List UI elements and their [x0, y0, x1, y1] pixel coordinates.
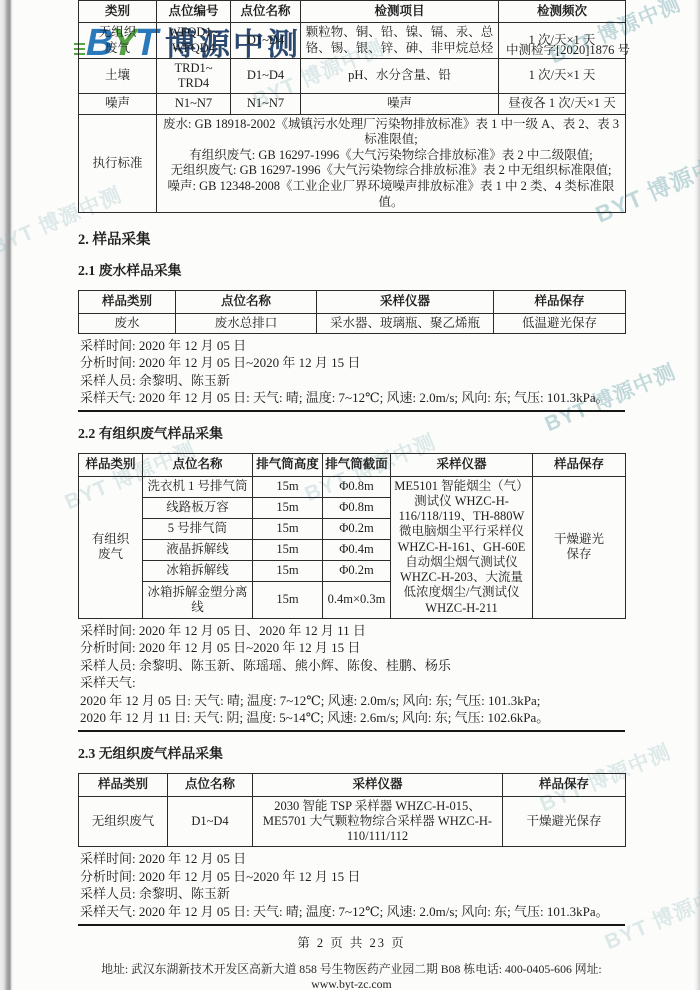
table-header-row: 样品类别 点位名称 采样仪器 样品保存: [79, 774, 626, 796]
exec-standard-line: 废水: GB 18918-2002《城镇污水处理厂污染物排放标准》表 1 中一级…: [160, 117, 622, 148]
stack-height-cell: 15m: [253, 518, 323, 539]
col-header: 样品类别: [79, 454, 143, 476]
info-line: 采样时间: 2020 年 12 月 05 日: [78, 850, 625, 867]
point-name-cell: D1~D4: [168, 796, 253, 847]
scan-edge-right: [694, 0, 700, 990]
table-row: 无组织废气 WFQD1~ WFQD4 D1~D4 颗粒物、铜、铅、镍、镉、汞、总…: [79, 23, 626, 59]
point-name-cell: 液晶拆解线: [143, 539, 253, 560]
storage-cell: 低温避光保存: [494, 313, 626, 333]
col-header: 排气筒截面: [323, 454, 391, 476]
table-row: 无组织废气 D1~D4 2030 智能 TSP 采样器 WHZC-H-015、M…: [79, 796, 626, 847]
info-line: 2020 年 12 月 05 日: 天气: 晴; 温度: 7~12℃; 风速: …: [78, 692, 625, 709]
frequency-cell: 1 次/天×1 天: [499, 58, 626, 94]
col-header: 点位名称: [176, 291, 317, 313]
fugitive-gas-sampling-table: 样品类别 点位名称 采样仪器 样品保存 无组织废气 D1~D4 2030 智能 …: [78, 773, 626, 847]
point-name-cell: D1~D4: [231, 58, 301, 94]
info-line: 采样人员: 余黎明、陈玉新: [78, 885, 625, 902]
wastewater-sampling-table: 样品类别 点位名称 采样仪器 样品保存 废水 废水总排口 采水器、玻璃瓶、聚乙烯…: [78, 290, 626, 334]
section-title-2-3: 2.3 无组织废气样品采集: [78, 742, 625, 762]
stack-height-cell: 15m: [253, 497, 323, 518]
exec-standard-content: 废水: GB 18918-2002《城镇污水处理厂污染物排放标准》表 1 中一级…: [157, 114, 626, 213]
point-name-cell: 5 号排气筒: [143, 518, 253, 539]
col-header: 点位编号: [157, 1, 231, 23]
stack-section-cell: Φ0.8m: [323, 476, 391, 497]
col-header: 样品类别: [79, 291, 176, 313]
point-code-cell: TRD1~ TRD4: [157, 58, 231, 94]
monitoring-plan-table: 类别 点位编号 点位名称 检测项目 检测频次 无组织废气 WFQD1~ WFQD…: [78, 0, 626, 213]
table-row: 有组织废气 洗衣机 1 号排气筒 15m Φ0.8m ME5101 智能烟尘（气…: [79, 476, 626, 497]
organized-gas-sampling-table: 样品类别 点位名称 排气筒高度 排气筒截面 采样仪器 样品保存 有组织废气 洗衣…: [78, 453, 626, 619]
exec-standard-line: 无组织废气: GB 16297-1996《大气污染物综合排放标准》表 2 中无组…: [160, 163, 622, 179]
table-header-row: 样品类别 点位名称 排气筒高度 排气筒截面 采样仪器 样品保存: [79, 454, 626, 476]
footer-address: 地址: 武汉东湖新技术开发区高新大道 858 号生物医药产业园二期 B08 栋电…: [78, 960, 625, 990]
point-name-cell: 冰箱拆解线: [143, 560, 253, 581]
point-name-cell: 冰箱拆解金塑分离线: [143, 581, 253, 618]
storage-cell: 干燥避光保存: [533, 476, 626, 618]
info-line: 分析时间: 2020 年 12 月 05 日~2020 年 12 月 15 日: [78, 354, 625, 371]
sampling-info-2-2: 采样时间: 2020 年 12 月 05 日、2020 年 12 月 11 日 …: [78, 619, 625, 732]
point-name-cell: 废水总排口: [176, 313, 317, 333]
col-header: 点位名称: [168, 774, 253, 796]
stack-section-cell: 0.4m×0.3m: [323, 581, 391, 618]
col-header: 样品类别: [79, 774, 168, 796]
frequency-cell: 1 次/天×1 天: [499, 23, 626, 59]
sampling-info-2-1: 采样时间: 2020 年 12 月 05 日 分析时间: 2020 年 12 月…: [78, 334, 625, 413]
col-header: 采样仪器: [317, 291, 494, 313]
stack-height-cell: 15m: [253, 476, 323, 497]
items-cell: pH、水分含量、铅: [301, 58, 499, 94]
stack-section-cell: Φ0.2m: [323, 518, 391, 539]
instrument-cell: 采水器、玻璃瓶、聚乙烯瓶: [317, 313, 494, 333]
point-code-cell: WFQD1~ WFQD4: [157, 23, 231, 59]
col-header: 类别: [79, 1, 157, 23]
scanned-report-page: { "page": { "logo_b": "B", "logo_y": "Y"…: [0, 0, 700, 990]
col-header: 采样仪器: [391, 454, 533, 476]
info-line: 采样时间: 2020 年 12 月 05 日、2020 年 12 月 11 日: [78, 622, 625, 639]
exec-standard-line: 有组织废气: GB 16297-1996《大气污染物综合排放标准》表 2 中二级…: [160, 148, 622, 164]
storage-cell: 干燥避光保存: [503, 796, 626, 847]
scan-edge-left: [0, 0, 13, 990]
category-cell: 无组织废气: [79, 23, 157, 59]
stack-section-cell: Φ0.2m: [323, 560, 391, 581]
stack-section-cell: Φ0.8m: [323, 497, 391, 518]
exec-standard-line: 噪声: GB 12348-2008《工业企业厂界环境噪声排放标准》表 1 中 2…: [160, 179, 622, 210]
table-row: 土壤 TRD1~ TRD4 D1~D4 pH、水分含量、铅 1 次/天×1 天: [79, 58, 626, 94]
col-header: 检测项目: [301, 1, 499, 23]
info-line: 2020 年 12 月 11 日: 天气: 阴; 温度: 5~14℃; 风速: …: [78, 709, 625, 726]
cell-text: 无组织废气: [98, 25, 138, 56]
category-cell: 有组织废气: [79, 476, 143, 618]
section-title-2-2: 2.2 有组织废气样品采集: [78, 422, 625, 442]
stack-section-cell: Φ0.4m: [323, 539, 391, 560]
table-header-row: 样品类别 点位名称 采样仪器 样品保存: [79, 291, 626, 313]
category-cell: 噪声: [79, 94, 157, 114]
section-title-2-1: 2.1 废水样品采集: [78, 259, 625, 279]
info-line: 采样天气:: [78, 674, 625, 691]
info-line: 分析时间: 2020 年 12 月 05 日~2020 年 12 月 15 日: [78, 868, 625, 885]
instrument-cell: 2030 智能 TSP 采样器 WHZC-H-015、ME5701 大气颗粒物综…: [253, 796, 503, 847]
col-header: 点位名称: [143, 454, 253, 476]
instrument-cell: ME5101 智能烟尘（气）测试仪 WHZC-H-116/118/119、TH-…: [391, 476, 533, 618]
page-number: 第 2 页 共 23 页: [78, 933, 625, 951]
items-cell: 颗粒物、铜、铅、镍、镉、汞、总铬、锡、银、锌、砷、非甲烷总烃: [301, 23, 499, 59]
info-line: 采样天气: 2020 年 12 月 05 日: 天气: 晴; 温度: 7~12℃…: [78, 389, 625, 406]
category-cell: 无组织废气: [79, 796, 168, 847]
sampling-info-2-3: 采样时间: 2020 年 12 月 05 日 分析时间: 2020 年 12 月…: [78, 847, 625, 926]
point-code-cell: N1~N7: [157, 94, 231, 114]
point-name-cell: 线路板万容: [143, 497, 253, 518]
col-header: 采样仪器: [253, 774, 503, 796]
point-name-cell: 洗衣机 1 号排气筒: [143, 476, 253, 497]
col-header: 样品保存: [533, 454, 626, 476]
document-content: 类别 点位编号 点位名称 检测项目 检测频次 无组织废气 WFQD1~ WFQD…: [78, 0, 625, 990]
info-line: 采样天气: 2020 年 12 月 05 日: 天气: 晴; 温度: 7~12℃…: [78, 903, 625, 920]
col-header: 样品保存: [503, 774, 626, 796]
info-line: 采样人员: 余黎明、陈玉新: [78, 372, 625, 389]
point-name-cell: D1~D4: [231, 23, 301, 59]
exec-standard-label: 执行标准: [79, 114, 157, 213]
info-line: 采样人员: 余黎明、陈玉新、陈瑶瑶、熊小辉、陈俊、桂鹏、杨乐: [78, 657, 625, 674]
items-cell: 噪声: [301, 94, 499, 114]
category-cell: 土壤: [79, 58, 157, 94]
exec-standard-row: 执行标准 废水: GB 18918-2002《城镇污水处理厂污染物排放标准》表 …: [79, 114, 626, 213]
info-line: 分析时间: 2020 年 12 月 05 日~2020 年 12 月 15 日: [78, 639, 625, 656]
table-row: 废水 废水总排口 采水器、玻璃瓶、聚乙烯瓶 低温避光保存: [79, 313, 626, 333]
col-header: 检测频次: [499, 1, 626, 23]
stack-height-cell: 15m: [253, 581, 323, 618]
cell-text: 干燥避光保存: [550, 532, 608, 563]
table-header-row: 类别 点位编号 点位名称 检测项目 检测频次: [79, 1, 626, 23]
col-header: 样品保存: [494, 291, 626, 313]
stack-height-cell: 15m: [253, 560, 323, 581]
point-name-cell: N1~N7: [231, 94, 301, 114]
stack-height-cell: 15m: [253, 539, 323, 560]
col-header: 排气筒高度: [253, 454, 323, 476]
info-line: 采样时间: 2020 年 12 月 05 日: [78, 337, 625, 354]
section-title-2: 2. 样品采集: [78, 228, 625, 249]
category-cell: 废水: [79, 313, 176, 333]
cell-text: 有组织废气: [91, 532, 131, 563]
col-header: 点位名称: [231, 1, 301, 23]
frequency-cell: 昼夜各 1 次/天×1 天: [499, 94, 626, 114]
table-row: 噪声 N1~N7 N1~N7 噪声 昼夜各 1 次/天×1 天: [79, 94, 626, 114]
